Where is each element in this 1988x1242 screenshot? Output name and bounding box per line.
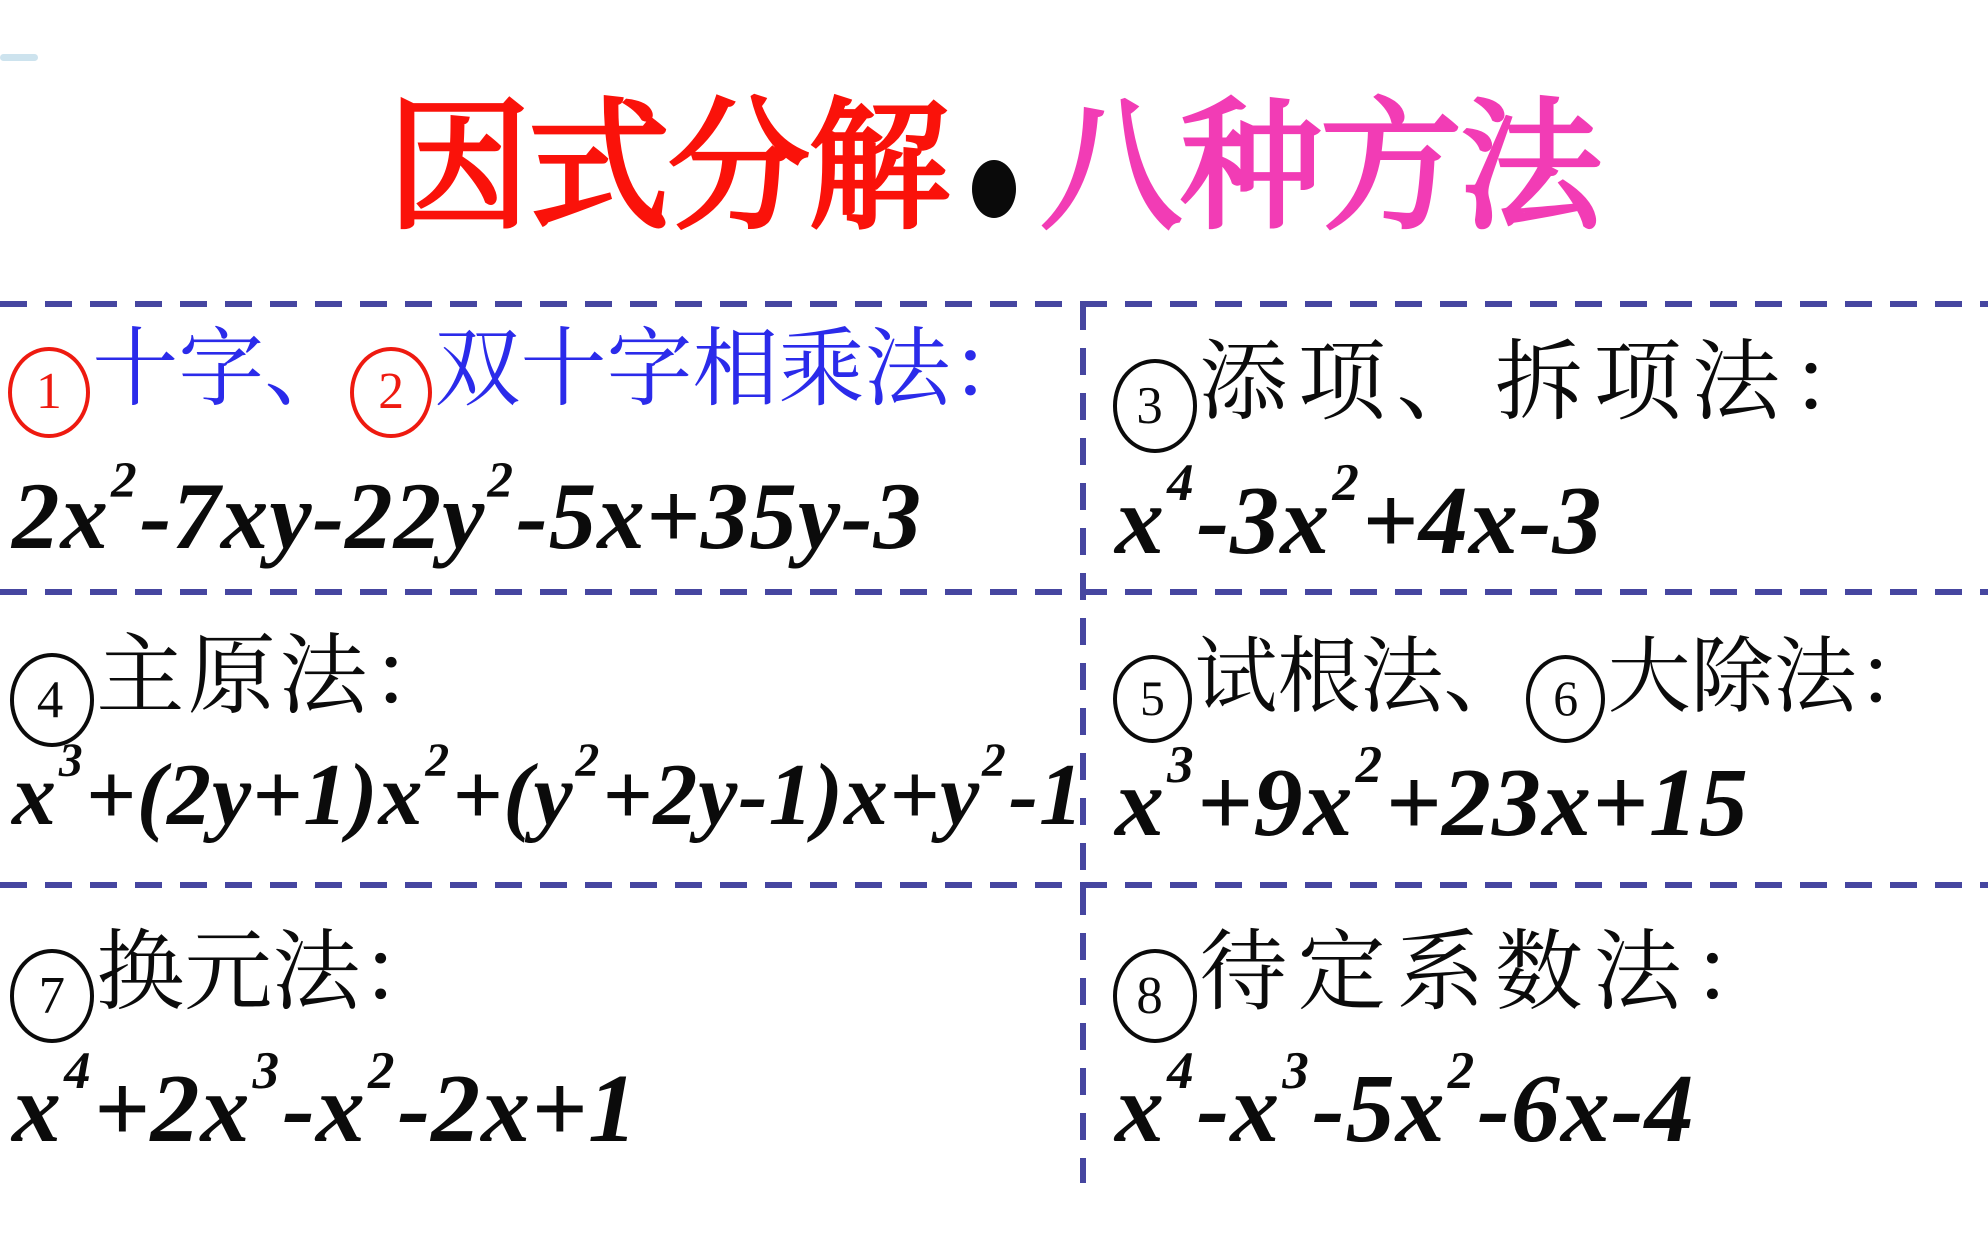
formula-text: +(2y+1)x: [86, 747, 424, 844]
grid-hline-bottom: [0, 882, 1988, 888]
formula-text: -3x: [1197, 467, 1331, 575]
formula-exponent: 4: [64, 1042, 91, 1100]
circled-number-digit: 2: [378, 366, 404, 418]
header-text: 主原法：: [96, 629, 462, 726]
formula-text: -x: [1197, 1055, 1281, 1163]
formula-exponent: 2: [1448, 1042, 1475, 1100]
factoring-methods-slide: 因式分解八种方法 1十字、2双十字相乘法： 2x2-7xy-22y2-5x+35…: [0, 0, 1988, 1242]
formula-text: +23x+15: [1385, 749, 1749, 857]
formula-text: x: [12, 747, 57, 844]
method-formula-cross-multiplication: 2x2-7xy-22y2-5x+35y-3: [12, 464, 922, 569]
method-header-root-trial-long-division: 5试根法、6大除法：: [1113, 632, 1940, 743]
title-right: 八种方法: [1040, 88, 1600, 247]
circled-number-1: 1: [8, 347, 90, 438]
formula-exponent: 2: [1356, 736, 1383, 794]
formula-exponent: 3: [253, 1042, 280, 1100]
formula-text: +4x-3: [1362, 467, 1602, 575]
circled-number-6: 6: [1526, 655, 1605, 743]
formula-exponent: 3: [1167, 736, 1194, 794]
method-formula-substitution: x4+2x3-x2-2x+1: [12, 1056, 638, 1164]
formula-text: -1: [1009, 747, 1084, 844]
method-header-add-split-terms: 3添项、拆项法：: [1113, 336, 1889, 453]
method-header-main-variable: 4主原法：: [10, 630, 462, 747]
scrollbar-artifact: [0, 54, 38, 61]
formula-exponent: 4: [1167, 454, 1194, 512]
formula-text: +9x: [1197, 749, 1354, 857]
formula-text: +2y-1)x+y: [602, 747, 980, 844]
header-text: 试根法、: [1194, 631, 1526, 723]
grid-hline-middle: [0, 589, 1988, 595]
circled-number-digit: 8: [1136, 970, 1173, 1023]
formula-exponent: 2: [1332, 454, 1359, 512]
method-formula-root-trial-long-division: x3+9x2+23x+15: [1115, 750, 1749, 858]
circled-number-2: 2: [350, 347, 432, 438]
formula-text: -5x: [1312, 1055, 1446, 1163]
formula-text: x: [12, 1055, 62, 1163]
formula-exponent: 2: [111, 452, 138, 509]
circled-number-digit: 7: [39, 970, 65, 1023]
formula-text: -5x+35y-3: [516, 463, 922, 569]
formula-text: -7xy-22y: [140, 463, 486, 569]
page-title: 因式分解八种方法: [0, 86, 1988, 249]
method-formula-main-variable: x3+(2y+1)x2+(y2+2y-1)x+y2-1: [12, 748, 1084, 845]
grid-vline-center: [1080, 303, 1086, 1183]
formula-text: +(y: [452, 747, 574, 844]
formula-text: -6x-4: [1477, 1055, 1694, 1163]
formula-exponent: 2: [982, 735, 1007, 787]
formula-text: -x: [282, 1055, 366, 1163]
circled-number-digit: 5: [1140, 674, 1165, 724]
circled-number-4: 4: [10, 653, 94, 746]
header-text: 换元法：: [96, 925, 448, 1022]
formula-text: x: [1115, 1055, 1165, 1163]
method-formula-undetermined-coefficients: x4-x3-5x2-6x-4: [1115, 1056, 1695, 1164]
method-formula-add-split-terms: x4-3x2+4x-3: [1115, 468, 1602, 576]
formula-exponent: 3: [59, 735, 84, 787]
circled-number-7: 7: [10, 949, 94, 1042]
header-text: 大除法：: [1608, 631, 1940, 723]
title-separator-dot-icon: [972, 160, 1016, 218]
formula-text: x: [1115, 467, 1165, 575]
formula-exponent: 4: [1167, 1042, 1194, 1100]
title-left: 因式分解: [388, 88, 948, 247]
circled-number-digit: 1: [36, 366, 62, 418]
grid-hline-top: [0, 301, 1988, 307]
method-header-cross-multiplication: 1十字、2双十字相乘法：: [8, 322, 1037, 438]
header-text: 添项、拆项法：: [1199, 335, 1889, 432]
circled-number-8: 8: [1113, 949, 1197, 1042]
method-header-substitution: 7换元法：: [10, 926, 448, 1043]
circled-number-digit: 4: [37, 674, 67, 727]
formula-text: x: [1115, 749, 1165, 857]
circled-number-5: 5: [1113, 655, 1192, 743]
formula-text: +2x: [94, 1055, 251, 1163]
circled-number-digit: 6: [1553, 674, 1578, 724]
method-header-undetermined-coefficients: 8待定系数法：: [1113, 926, 1791, 1043]
formula-exponent: 2: [575, 735, 600, 787]
header-text: 十字、: [92, 321, 350, 417]
formula-exponent: 3: [1282, 1042, 1309, 1100]
header-text: 双十字相乘法：: [435, 321, 1037, 417]
formula-exponent: 2: [487, 452, 514, 509]
formula-text: 2x: [12, 463, 109, 569]
header-text: 待定系数法：: [1199, 925, 1790, 1022]
formula-text: -2x+1: [398, 1055, 638, 1163]
formula-exponent: 2: [425, 735, 450, 787]
circled-number-3: 3: [1113, 359, 1197, 452]
formula-exponent: 2: [368, 1042, 395, 1100]
circled-number-digit: 3: [1136, 380, 1173, 433]
